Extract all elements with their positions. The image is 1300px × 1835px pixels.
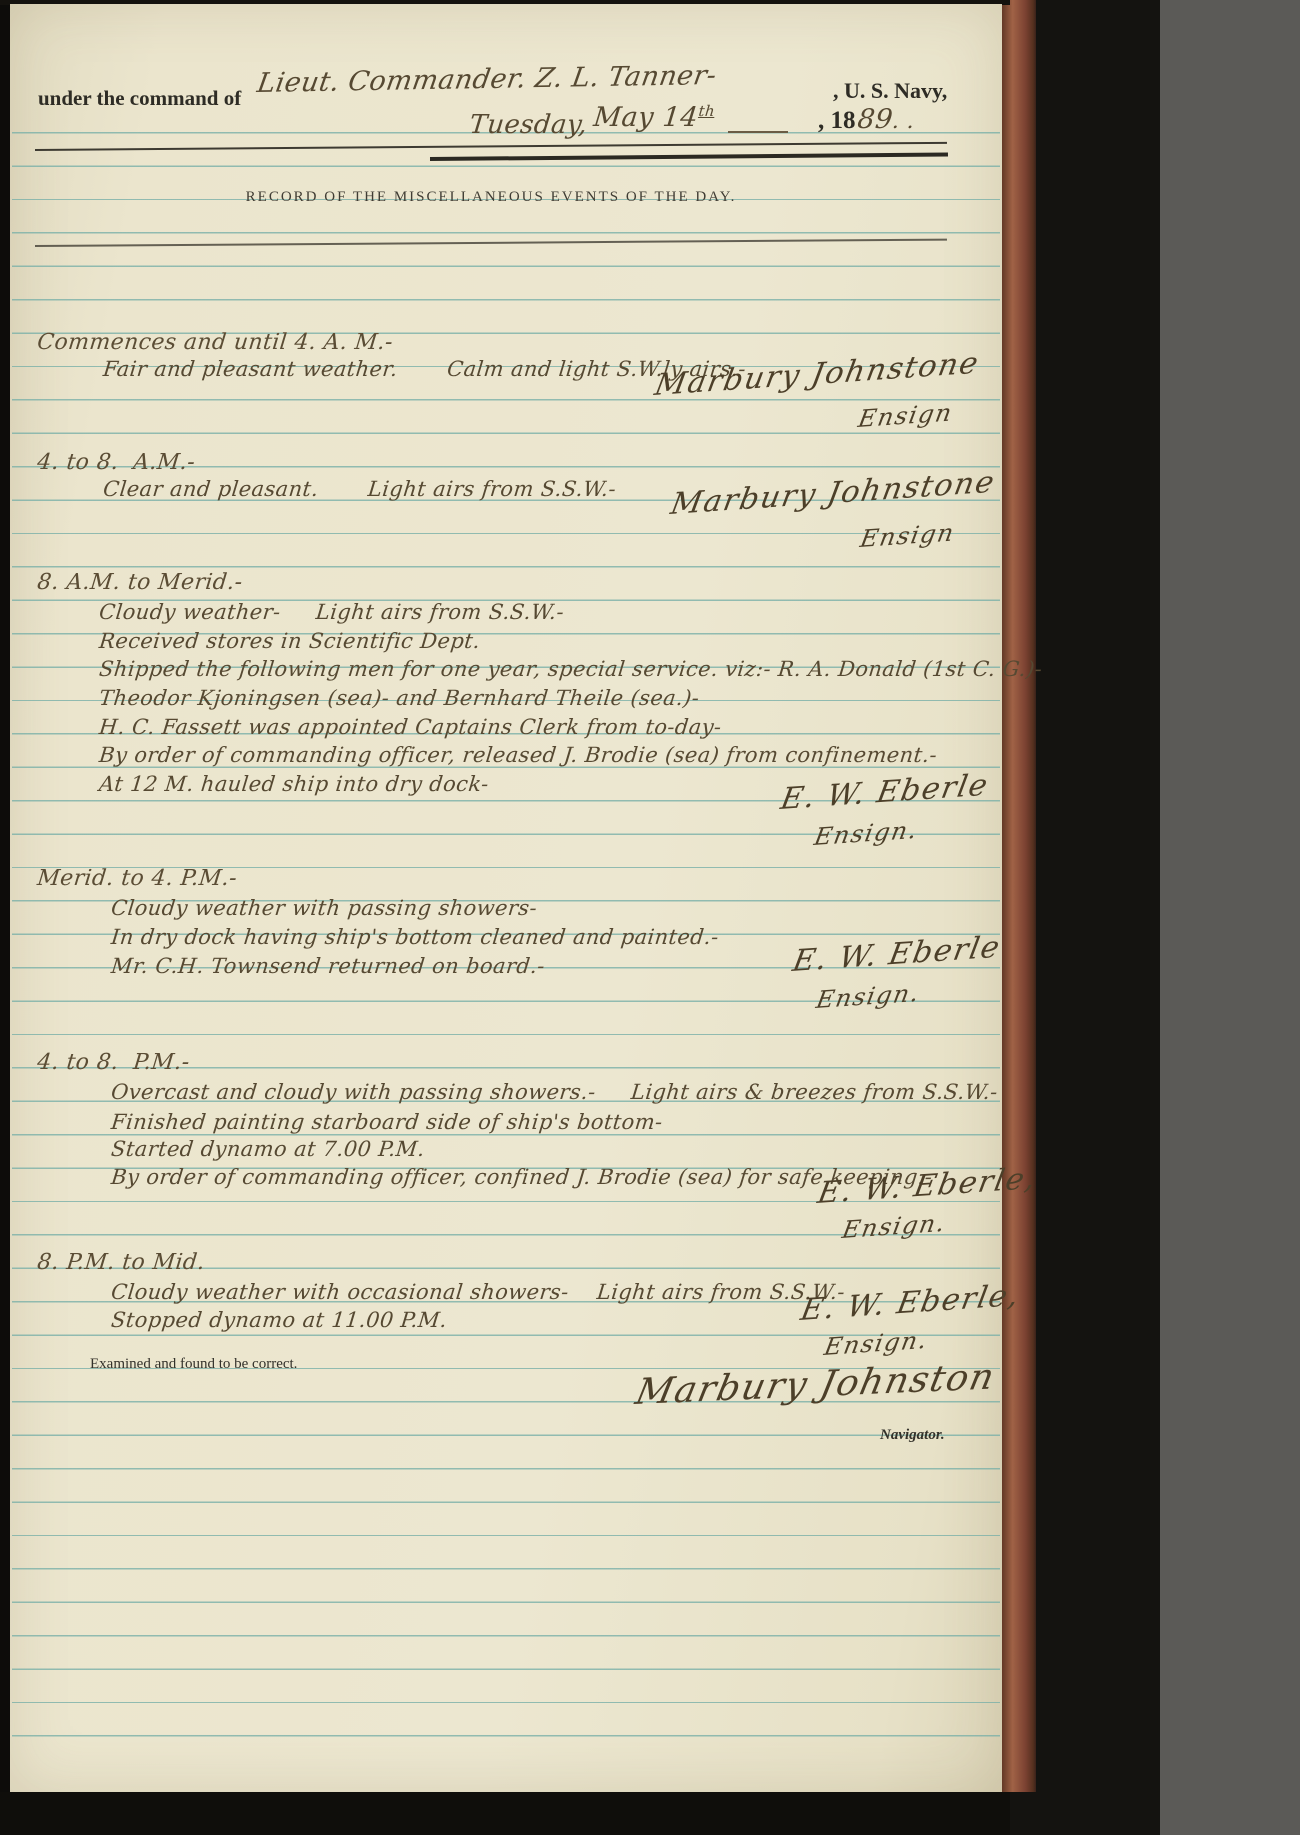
section-4-line-0: Overcast and cloudy with passing showers… bbox=[110, 1080, 999, 1104]
date-ordinal: th bbox=[698, 102, 716, 120]
section-2-line-4: H. C. Fassett was appointed Captains Cle… bbox=[98, 715, 723, 739]
section-5-heading: 8. P.M. to Mid. bbox=[36, 1250, 206, 1275]
section-2-line-2: Shipped the following men for one year, … bbox=[98, 657, 1044, 681]
examined-statement: Examined and found to be correct. bbox=[90, 1356, 297, 1373]
book-page-edge bbox=[1000, 0, 1036, 1792]
section-3-heading: Merid. to 4. P.M.- bbox=[36, 866, 238, 891]
navigator-title-label: Navigator. bbox=[880, 1427, 945, 1444]
section-1-line-0: Clear and pleasant. Light airs from S.S.… bbox=[102, 477, 617, 501]
section-3-line-2: Mr. C.H. Townsend returned on board.- bbox=[110, 954, 546, 978]
section-0-line-0: Fair and pleasant weather. Calm and ligh… bbox=[102, 357, 747, 381]
section-4-line-3: By order of commanding officer, confined… bbox=[110, 1165, 934, 1189]
section-4-line-2: Started dynamo at 7.00 P.M. bbox=[110, 1137, 426, 1161]
record-of-events-title: RECORD OF THE MISCELLANEOUS EVENTS OF TH… bbox=[35, 189, 947, 206]
section-4-line-1: Finished painting starboard side of ship… bbox=[110, 1110, 664, 1134]
date-handwriting: May 14th bbox=[592, 102, 716, 133]
section-3-line-0: Cloudy weather with passing showers- bbox=[110, 896, 538, 920]
date-text: May 14 bbox=[592, 102, 700, 133]
printed-under-command-label: under the command of bbox=[38, 86, 241, 111]
scan-bottom-border bbox=[0, 1792, 1010, 1835]
section-2-line-6: At 12 M. hauled ship into dry dock- bbox=[98, 772, 490, 796]
section-2-line-5: By order of commanding officer, released… bbox=[98, 743, 938, 767]
section-2-line-3: Theodor Kjoningsen (sea)- and Bernhard T… bbox=[98, 686, 701, 710]
printed-us-navy-label: , U. S. Navy, bbox=[833, 78, 947, 104]
year-group: , 1889. . bbox=[818, 104, 913, 135]
section-4-heading: 4. to 8. P.M.- bbox=[36, 1050, 191, 1075]
printed-year-prefix: , 18 bbox=[818, 107, 856, 134]
section-2-heading: 8. A.M. to Merid.- bbox=[36, 570, 244, 595]
section-0-heading: Commences and until 4. A. M.- bbox=[36, 330, 394, 355]
scanner-background-band bbox=[1160, 0, 1300, 1835]
section-3-line-1: In dry dock having ship's bottom cleaned… bbox=[110, 925, 720, 949]
handwritten-dash bbox=[728, 131, 788, 133]
section-2-line-1: Received stores in Scientific Dept. bbox=[98, 629, 481, 653]
logbook-scan: under the command of Lieut. Commander. Z… bbox=[0, 0, 1300, 1835]
section-5-line-1: Stopped dynamo at 11.00 P.M. bbox=[110, 1308, 448, 1332]
scan-left-border bbox=[0, 0, 10, 1835]
section-1-heading: 4. to 8. A.M.- bbox=[36, 450, 197, 475]
year-punctuation: . . bbox=[891, 109, 916, 134]
section-5-line-0: Cloudy weather with occasional showers- … bbox=[110, 1280, 846, 1304]
weekday-handwriting: Tuesday, bbox=[468, 110, 589, 140]
year-handwriting: 89 bbox=[856, 104, 894, 135]
section-2-line-0: Cloudy weather- Light airs from S.S.W.- bbox=[98, 600, 565, 624]
